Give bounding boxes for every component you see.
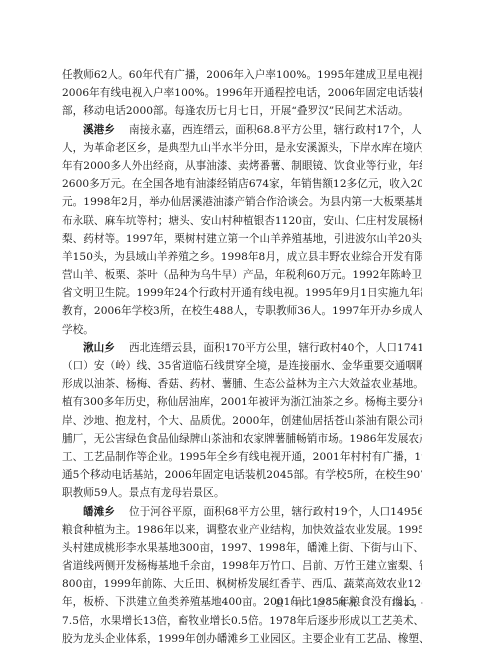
- text-line: 人，为革命老区乡，是典型九山半水半分田，是永安溪源头，下岸水库在境内。每: [62, 139, 422, 157]
- text-line: 任教师62人。60年代有广播，2006年入户率100%。1995年建成卫星电视接…: [62, 66, 422, 84]
- page-footer: 县（市、区）概况 · 1841 ·: [275, 597, 424, 609]
- paragraph-xigang: 溪港乡南接永嘉，西连缙云，面积68.8平方公里，辖行政村17个，人口7081 人…: [62, 121, 422, 339]
- text-line: 元。1998年2月，举办仙居溪港油漆产销合作洽谈会。为县内第一大板栗基地乡，分: [62, 193, 422, 211]
- text-line: 通5个移动电话基站，2006年固定电话装机2045部。有学校5所，在校生907人…: [62, 466, 422, 484]
- text-line: 头村建成桃形李水果基地300亩，1997、1998年，皤滩上街、下街与山下、板桥…: [62, 539, 422, 557]
- text-line: 省道线两侧开发杨梅基地千余亩，1998年万竹口、吕前、万竹王建立蜜梨、银杏基地: [62, 557, 422, 575]
- section-heading-potan: 皤滩乡: [83, 506, 115, 518]
- text-line: 位于河谷平原，面积68平方公里，辖行政村19个，人口14956人。以: [129, 506, 422, 518]
- section-heading-xigang: 溪港乡: [83, 124, 115, 136]
- text-line: 教育，2006年学校3所，在校生488人，专职教师36人。1997年开办乡成人文…: [62, 302, 422, 320]
- text-line: 胶为龙头企业体系，1999年创办皤滩乡工业园区。主要企业有工艺品、橡塑、电子、: [62, 630, 422, 648]
- text-line: 2006年有线电视入户率100%。1996年开通程控电话，2006年固定电话装机…: [62, 84, 422, 102]
- text-line: 工、工艺品制作等企业。1995年全乡有线电视开通，2001年村村有广播，1997…: [62, 448, 422, 466]
- text-line: 学校。: [62, 321, 422, 339]
- text-line: （口）安（岭）线、35省道临石线贯穿全境，是连接丽水、金华重要交通咽喉。2006…: [62, 357, 422, 375]
- paragraph-potan: 皤滩乡位于河谷平原，面积68平方公里，辖行政村19个，人口14956人。以 粮食…: [62, 503, 422, 649]
- text-line-first: 皤滩乡位于河谷平原，面积68平方公里，辖行政村19个，人口14956人。以: [62, 503, 422, 521]
- text-line: 800亩，1999年前陈、大丘田、枫树桥发展红香芋、西瓜、蔬菜高效农业1200亩…: [62, 575, 422, 593]
- text-line: 西北连缙云县，面积170平方公里，辖行政村40个，人口17419人。溪: [129, 342, 422, 354]
- text-line: 职教师59人。景点有龙母岩景区。: [62, 484, 422, 502]
- text-line-first: 溪港乡南接永嘉，西连缙云，面积68.8平方公里，辖行政村17个，人口7081: [62, 121, 422, 139]
- text-line: 梨、药材等。1997年，栗树村建立第一个山羊养殖基地，引进波尔山羊20头，饲养山: [62, 230, 422, 248]
- paragraph-continuation: 任教师62人。60年代有广播，2006年入户率100%。1995年建成卫星电视接…: [62, 66, 422, 121]
- text-line: 2600多万元。在全国各地有油漆经销店674家，年销售额12多亿元，收入2000…: [62, 175, 422, 193]
- text-line: 部，移动电话2000部。每逢农历七月七日，开展“叠罗汉”民间艺术活动。: [62, 102, 422, 120]
- text-line: 羊150头，为县域山羊养殖之乡。1998年8月，成立县丰野农业综合开发有限公司，…: [62, 248, 422, 266]
- text-line: 植有300多年历史，称仙居油库，2001年被评为浙江油茶之乡。杨梅主要分布在杨: [62, 393, 422, 411]
- text-line: 形成以油茶、杨梅、香菇、药材、薯脯、生态公益林为主六大效益农业基地。油茶种: [62, 375, 422, 393]
- text-line: 布永联、麻车坑等村；塘头、安山村种植银杏1120亩，安山、仁庄村发展杨梅、柿、蜜: [62, 212, 422, 230]
- running-footer-section-title: 县（市、区）概况: [275, 599, 359, 609]
- page-number: · 1841 ·: [384, 599, 424, 609]
- text-line: 粮食种植为主。1986年以来，调整农业产业结构，加快效益农业发展。1995年，汤…: [62, 521, 422, 539]
- document-body: 任教师62人。60年代有广播，2006年入户率100%。1995年建成卫星电视接…: [62, 66, 422, 648]
- paragraph-qiushan: 湫山乡西北连缙云县，面积170平方公里，辖行政村40个，人口17419人。溪 （…: [62, 339, 422, 503]
- text-line: 脯厂，无公害绿色食品仙绿牌山茶油和农家牌薯脯畅销市场。1986年发展农产品加: [62, 430, 422, 448]
- text-line: 7.5倍，水果增长13倍，畜牧业增长0.5倍。1978年后逐步形成以工艺美术、电…: [62, 612, 422, 630]
- text-line: 南接永嘉，西连缙云，面积68.8平方公里，辖行政村17个，人口7081: [129, 124, 422, 136]
- text-line: 岸、沙地、抱龙村，个大、品质优。2000年，创建仙居括苍山茶油有限公司和县农家薯: [62, 412, 422, 430]
- text-line-first: 湫山乡西北连缙云县，面积170平方公里，辖行政村40个，人口17419人。溪: [62, 339, 422, 357]
- text-line: 省文明卫生院。1999年24个行政村开通有线电视。1995年9月1日实施九年制义…: [62, 284, 422, 302]
- section-heading-qiushan: 湫山乡: [83, 342, 115, 354]
- text-line: 年有2000多人外出经商，从事油漆、卖烤番薯、制眼镜、饮食业等行业，年经济收入: [62, 157, 422, 175]
- text-line: 营山羊、板栗、茶叶（品种为乌牛早）产品，年税利60万元。1992年陈岭卫生院被评…: [62, 266, 422, 284]
